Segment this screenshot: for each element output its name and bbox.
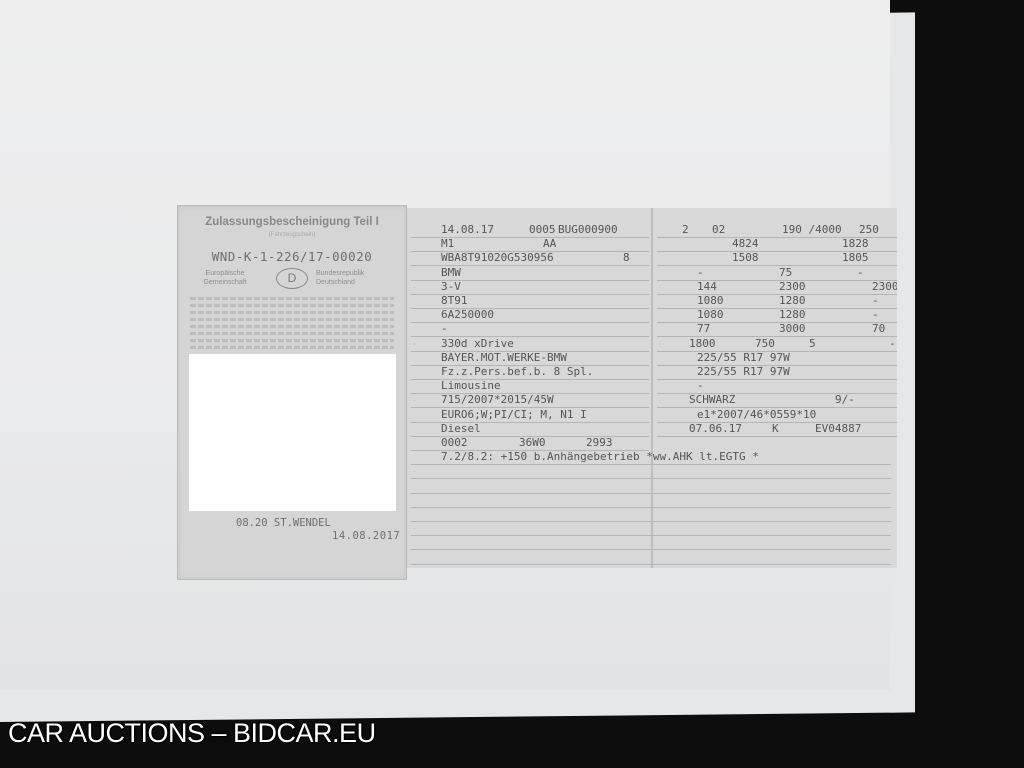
field-value: 225/55 R17 97W (697, 351, 790, 365)
field-value: 1080 (697, 308, 724, 322)
field-value: 0002 (441, 436, 468, 450)
field-value: 1508 (732, 251, 759, 265)
field-value: 3000 (779, 322, 806, 336)
country-oval-icon: D (276, 268, 308, 289)
document-title: Zulassungsbescheinigung Teil I (178, 216, 406, 228)
field-value: 4824 (732, 237, 759, 251)
field-value: EURO6;W;PI/CI; M, N1 I (441, 408, 587, 422)
left-data-row: WBA8T91020G5309568 (411, 251, 649, 266)
left-data-row: 8T91 (411, 294, 649, 309)
field-value: 9/- (835, 393, 855, 407)
remarks-row: 7.2/8.2: +150 b.Anhängebetrieb *ww.AHK l… (411, 450, 891, 465)
field-value: BAYER.MOT.WERKE-BMW (441, 351, 567, 365)
empty-row (411, 535, 891, 550)
left-data-row: Limousine (411, 379, 649, 394)
field-value: 1280 (779, 308, 806, 322)
field-value: 144 (697, 280, 717, 294)
right-data-row: 77300070 (657, 322, 897, 337)
empty-row (411, 521, 891, 536)
field-value: 1805 (842, 251, 869, 265)
right-data-row: 48241828 (657, 237, 897, 252)
field-value: 36W0 (519, 436, 546, 450)
field-value: 1828 (842, 237, 869, 251)
field-value: 6A250000 (441, 308, 494, 322)
field-value: - (697, 266, 704, 280)
footer-fine-print (186, 550, 396, 557)
right-data-row: 18007505- (657, 337, 897, 352)
field-value: - (872, 308, 879, 322)
right-data-row: 15081805 (657, 251, 897, 266)
left-data-row: M1AA (411, 237, 649, 252)
field-value: 2300 (872, 280, 897, 294)
field-value: 750 (755, 337, 775, 351)
field-value: 250 (859, 223, 879, 237)
field-value: 1080 (697, 294, 724, 308)
left-data-row: 6A250000 (411, 308, 649, 323)
field-value: Fz.z.Pers.bef.b. 8 Spl. (441, 365, 593, 379)
left-data-row: BAYER.MOT.WERKE-BMW (411, 351, 649, 366)
left-data-row: - (411, 322, 649, 337)
fine-print (190, 293, 394, 351)
issue-date: 14.08.2017 (332, 530, 400, 542)
left-data-row: BMW (411, 266, 649, 281)
field-value: WBA8T91020G530956 (441, 251, 554, 265)
right-data-row: 10801280- (657, 308, 897, 323)
field-value: e1*2007/46*0559*10 (697, 408, 816, 422)
field-value: BUG000900 (558, 223, 618, 237)
left-data-row: 330d xDrive (411, 337, 649, 352)
field-value: M1 (441, 237, 454, 251)
right-data-row: SCHWARZ9/- (657, 393, 897, 408)
right-data-row: 14423002300 (657, 280, 897, 295)
country-label: Bundesrepublik Deutschland (316, 269, 396, 287)
field-value: 8 (623, 251, 630, 265)
field-value: AA (543, 237, 556, 251)
redacted-area (189, 354, 396, 511)
field-value: - (857, 266, 864, 280)
field-value: Diesel (441, 422, 481, 436)
field-value: 75 (779, 266, 792, 280)
registration-number: WND-K-1-226/17-00020 (178, 249, 406, 264)
left-data-row: Fz.z.Pers.bef.b. 8 Spl. (411, 365, 649, 380)
field-value: 02 (712, 223, 725, 237)
right-data-row: 202190 /4000250 (657, 223, 897, 238)
field-value: 5 (809, 337, 816, 351)
field-value: 330d xDrive (441, 337, 514, 351)
right-data-row: e1*2007/46*0559*10 (657, 408, 897, 423)
field-value: - (889, 337, 896, 351)
field-value: 715/2007*2015/45W (441, 393, 554, 407)
remarks-text: 7.2/8.2: +150 b.Anhängebetrieb *ww.AHK l… (441, 450, 759, 464)
left-data-row: 14.08.170005BUG000900 (411, 223, 649, 238)
field-value: - (441, 322, 448, 336)
field-value: Limousine (441, 379, 501, 393)
left-data-row: Diesel (411, 422, 649, 437)
empty-row (411, 550, 891, 565)
field-value: EV04887 (815, 422, 861, 436)
field-value: BMW (441, 266, 461, 280)
right-data-row: 225/55 R17 97W (657, 365, 897, 380)
field-value: 14.08.17 (441, 223, 494, 237)
registration-doc-left-panel: Zulassungsbescheinigung Teil I (Fahrzeug… (177, 205, 407, 580)
empty-row (411, 507, 891, 522)
left-data-row: 000236W02993 (411, 436, 649, 451)
registration-doc-data-panel: 14.08.170005BUG000900M1AAWBA8T91020G5309… (406, 208, 897, 568)
right-data-row: 10801280- (657, 294, 897, 309)
left-data-row: 715/2007*2015/45W (411, 393, 649, 408)
left-data-row: 3-V (411, 280, 649, 295)
field-value: 1280 (779, 294, 806, 308)
field-value: 0005 (529, 223, 556, 237)
field-value: 190 /4000 (782, 223, 842, 237)
field-value: 07.06.17 (689, 422, 742, 436)
field-value: 2993 (586, 436, 613, 450)
field-value: 2300 (779, 280, 806, 294)
field-value: 3-V (441, 280, 461, 294)
field-value: - (872, 294, 879, 308)
right-data-row: - (657, 379, 897, 394)
field-value: 1800 (689, 337, 716, 351)
field-value: - (697, 379, 704, 393)
date-label (184, 521, 214, 527)
document-subtitle: (Fahrzeugschein) (178, 232, 406, 238)
empty-row (411, 493, 891, 508)
field-value: SCHWARZ (689, 393, 735, 407)
right-data-row: -75- (657, 266, 897, 281)
field-value: 2 (682, 223, 689, 237)
field-value: 8T91 (441, 294, 468, 308)
eu-label: Europäische Gemeinschaft (192, 269, 258, 287)
field-value: 225/55 R17 97W (697, 365, 790, 379)
watermark-text: CAR AUCTIONS – BIDCAR.EU (8, 718, 376, 749)
field-value: K (772, 422, 779, 436)
right-data-row: 07.06.17KEV04887 (657, 422, 897, 437)
left-data-row: EURO6;W;PI/CI; M, N1 I (411, 408, 649, 423)
empty-row (411, 464, 891, 479)
issue-time-place: 08.20 ST.WENDEL (236, 517, 331, 529)
field-value: 77 (697, 322, 710, 336)
right-data-row: 225/55 R17 97W (657, 351, 897, 366)
empty-row (411, 479, 891, 494)
field-value: 70 (872, 322, 885, 336)
